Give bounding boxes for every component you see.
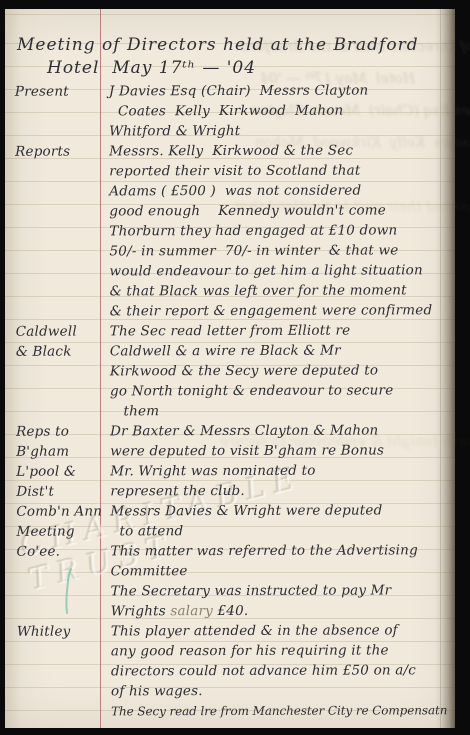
minute-entry: ReportsMessrs. Kelly Kirkwood & the Secr… — [4, 140, 455, 322]
minute-text-line: them — [110, 400, 455, 421]
margin-heading: Comb'n AnnMeetingCo'ee. — [5, 501, 100, 621]
margin-heading-line: L'pool & — [16, 461, 100, 481]
minute-text-line: were deputed to visit B'gham re Bonus — [110, 440, 455, 461]
margin-heading-line: Reps to — [16, 421, 100, 441]
ink-text: Wrights — [111, 603, 171, 619]
margin-heading-line: B'gham — [16, 441, 100, 461]
minute-body: Mr. Wright was nominated torepresent the… — [100, 460, 455, 501]
minute-body: Dr Baxter & Messrs Clayton & Mahonwere d… — [100, 420, 455, 461]
minute-text-line: represent the club. — [110, 480, 455, 501]
minute-text-line: Thorburn they had engaged at £10 down — [109, 220, 454, 241]
margin-heading: Caldwell& Black — [5, 321, 100, 421]
minute-text-line: The Sec read letter from Elliott re — [110, 320, 455, 341]
margin-heading-line: Co'ee. — [16, 541, 100, 561]
margin-heading: Whitley — [6, 621, 101, 721]
meeting-title-line-1: Meeting of Directors held at the Bradfor… — [17, 35, 419, 55]
margin-heading: L'pool &Dist't — [5, 461, 100, 501]
minute-entry: WhitleyThis player attended & in the abs… — [6, 620, 456, 722]
minute-text-line: Messrs Davies & Wright were deputed — [110, 500, 455, 521]
minute-text-line: The Secy read lre from Manchester City r… — [111, 700, 456, 721]
minute-text-line: any good reason for his requiring it the — [111, 640, 456, 661]
margin-heading-line: Meeting — [16, 521, 100, 541]
margin-heading-line: Dist't — [16, 481, 100, 501]
minute-text-line: Kirkwood & the Secy were deputed to — [110, 360, 455, 381]
minute-text-line: directors could not advance him £50 on a… — [111, 660, 456, 681]
margin-heading: Reports — [4, 141, 100, 321]
minute-text-line: Committee — [111, 560, 456, 581]
minute-entry: Caldwell& BlackThe Sec read letter from … — [5, 320, 455, 422]
margin-heading: Present — [4, 81, 99, 141]
minute-entries: PresentJ Davies Esq (Chair) Messrs Clayt… — [4, 80, 456, 722]
minute-text-line: & that Black was left over for the momen… — [110, 280, 455, 301]
pencil-annotation: salary — [170, 603, 213, 619]
margin-heading: Reps toB'gham — [5, 421, 100, 461]
minute-text-line: This matter was referred to the Advertis… — [110, 540, 455, 561]
minute-text-line: Mr. Wright was nominated to — [110, 460, 455, 481]
minute-text-line: J Davies Esq (Chair) Messrs Clayton — [109, 80, 454, 101]
minute-entry: PresentJ Davies Esq (Chair) Messrs Clayt… — [4, 80, 454, 142]
minute-text-line: go North tonight & endeavour to secure — [110, 380, 455, 401]
margin-heading-line: Caldwell — [16, 321, 100, 341]
ink-text: £40. — [213, 603, 248, 619]
minute-body: Messrs. Kelly Kirkwood & the Secreported… — [99, 140, 455, 321]
minute-body: The Sec read letter from Elliott reCaldw… — [100, 320, 455, 421]
minute-text-line: & their report & engagement were confirm… — [110, 300, 455, 321]
minute-text-line: 50/- in summer 70/- in winter & that we — [109, 240, 454, 261]
minute-text-line: would endeavour to get him a light situa… — [110, 260, 455, 281]
page-edge-shadow — [440, 9, 455, 728]
scanned-minute-book-page: CHARITABLE TRUST Meeting of Directors he… — [0, 0, 470, 735]
minute-text-line: The Secretary was instructed to pay Mr — [111, 580, 456, 601]
margin-heading-line: Whitley — [17, 621, 101, 641]
margin-heading-line: Comb'n Ann — [16, 501, 100, 521]
minute-text-line: Adams ( £500 ) was not considered — [109, 180, 454, 201]
minute-body: This player attended & in the absence of… — [101, 620, 456, 721]
minute-entry: L'pool &Dist'tMr. Wright was nominated t… — [5, 460, 455, 502]
minute-text-line: Caldwell & a wire re Black & Mr — [110, 340, 455, 361]
minute-text-line: Wrights salary £40. — [111, 600, 456, 621]
margin-heading-line: & Black — [16, 341, 100, 361]
minute-entry: Reps toB'ghamDr Baxter & Messrs Clayton … — [5, 420, 455, 462]
minute-text-line: to attend — [110, 520, 455, 541]
margin-heading-line: Reports — [15, 141, 99, 161]
minute-body: J Davies Esq (Chair) Messrs Clayton Coat… — [99, 80, 454, 141]
minute-text-line: reported their visit to Scotland that — [109, 160, 454, 181]
meeting-title-line-2: Hotel May 17ᵗʰ — '04 — [47, 58, 256, 78]
minute-text-line: Messrs. Kelly Kirkwood & the Sec — [109, 140, 454, 161]
teal-tick-mark — [60, 567, 76, 615]
minute-text-line: good enough Kennedy wouldn't come — [109, 200, 454, 221]
paper-sheet: CHARITABLE TRUST Meeting of Directors he… — [5, 9, 455, 728]
minute-text-line: Whitford & Wright — [109, 120, 454, 141]
minute-text-line: Coates Kelly Kirkwood Mahon — [109, 100, 454, 121]
minute-text-line: Dr Baxter & Messrs Clayton & Mahon — [110, 420, 455, 441]
minute-text-line: This player attended & in the absence of — [111, 620, 456, 641]
margin-heading-line: Present — [15, 81, 99, 101]
minute-text-line: of his wages. — [111, 680, 456, 701]
minute-body: Messrs Davies & Wright were deputed to a… — [100, 500, 455, 621]
